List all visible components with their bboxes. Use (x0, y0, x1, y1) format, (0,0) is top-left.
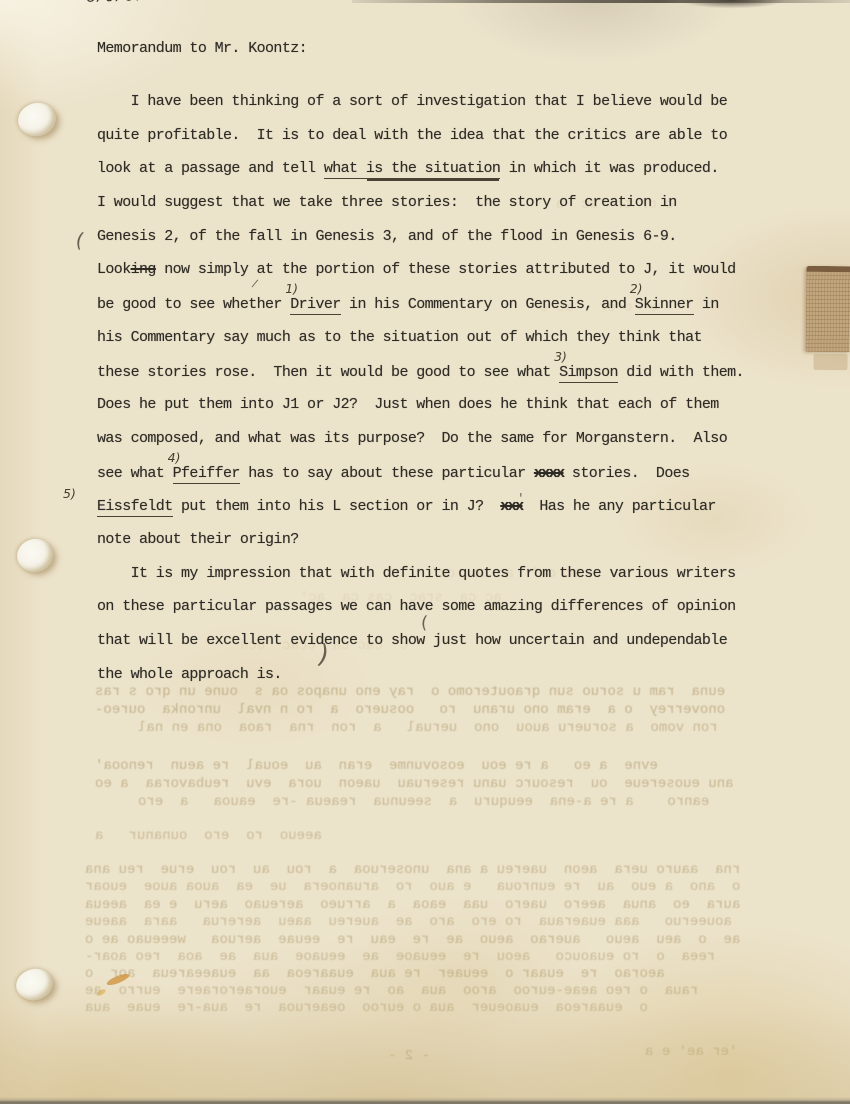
pen-mark: ' (519, 492, 523, 507)
bleed-through-line: reea o ro euaouco aeou re eeuaoe ae eeua… (85, 949, 715, 965)
typed-segment: his Commentary say much as to the situat… (97, 329, 702, 346)
bleed-through-line: aoueeruo aaa euaeraua ro ero aro ae auer… (85, 914, 732, 930)
typed-segment: was composed, and what was its purpose? … (97, 430, 727, 447)
typed-line: Looking now simply at the portion of the… (97, 253, 797, 287)
typed-segment: has to say about these particular (240, 465, 534, 482)
typed-line: these stories rose. Then it would be goo… (97, 355, 797, 389)
typed-line: that will be excellent evidence to show … (97, 624, 797, 658)
typed-segment: Does he put them into J1 or J2? Just whe… (97, 396, 719, 413)
punch-hole-middle (14, 535, 57, 576)
typed-segment-uu: is the situation (366, 160, 500, 179)
date-cut-off: 8/9/67 (86, 0, 143, 7)
typed-line: I have been thinking of a sort of invest… (97, 85, 797, 119)
bleed-through-line: ae o aeu aeuo auerao aeuo ae re eau re e… (85, 932, 740, 948)
typed-line: I would suggest that we take three stori… (97, 186, 797, 220)
typed-line: see what 4)Pfeiffer has to say about the… (97, 456, 797, 490)
typed-line: Genesis 2, of the fall in Genesis 3, and… (97, 220, 797, 254)
typed-segment: in (694, 296, 719, 313)
typed-line: was composed, and what was its purpose? … (97, 422, 797, 456)
bleed-through-line: aura eo anua aeero uaero uaa eaoa a arru… (85, 897, 740, 913)
scan-edge-bottom (0, 1097, 850, 1104)
typed-segment: Look (97, 261, 131, 278)
typed-line: quite profitable. It is to deal with the… (97, 119, 797, 153)
typed-segment: It is my impression that with definite q… (97, 565, 736, 582)
typed-segment: the whole approach is. (97, 666, 282, 683)
typed-segment: stories. Does (564, 465, 690, 482)
bleed-through-line: aeorao re euaar o eeuaer re aua euaareoa… (85, 966, 665, 982)
punch-hole-bottom (13, 965, 56, 1004)
typed-segment-strike: ing (131, 261, 156, 278)
typed-line: be good to see whether 1)Driver in his C… (97, 287, 797, 321)
bleed-through-line: aeeuo ro ero ounanur a (95, 828, 322, 844)
bleed-through-line: o euaareoa euaoeuer aua o euroo oeaeruoa… (85, 1000, 648, 1016)
bleed-through-line: raua o reo aeae-euroo aroo aua ao re eua… (85, 983, 698, 999)
typed-segment: on these particular passages we can have… (97, 598, 736, 615)
typed-segment: these stories rose. Then it would be goo… (97, 364, 559, 381)
bleed-through-line: eanro a re a-ena eeuquru a seeunua reaeu… (138, 794, 709, 810)
typed-line: the whole approach is. (97, 658, 797, 692)
typed-line: 5)Eissfeldt put them into his L section … (97, 489, 797, 523)
pen-mark: ( (74, 227, 87, 252)
scanned-memo-page: c or tr ac oe c cr ac occ ca' ac cc oc'a… (0, 0, 850, 1104)
scan-edge-top-smudge (672, 0, 792, 9)
typed-segment: note about their origin? (97, 531, 299, 548)
bleed-through-line: 'er ae' e a (645, 1044, 737, 1060)
typed-segment: that will be excellent evidence to show … (97, 632, 727, 649)
cloth-tape-patch (806, 266, 850, 352)
typed-segment-u: Pfeiffer (173, 465, 240, 484)
typed-segment-u: Driver (290, 296, 340, 315)
typed-segment: did with them. (618, 364, 744, 381)
typed-line: Does he put them into J1 or J2? Just whe… (97, 388, 797, 422)
typed-segment-u: Simpson (559, 364, 618, 383)
typed-segment-x: xxxx (534, 465, 564, 482)
typed-segment-u: Eissfeldt (97, 498, 173, 517)
bleed-through-line: anu euosereue ou resourc uanu reseruau u… (95, 776, 734, 792)
typed-segment: in which it was produced. (500, 160, 718, 177)
typed-segment: quite profitable. It is to deal with the… (97, 127, 727, 144)
bleed-through-line: rna aauro uera aeon uaereu a ana unoseru… (85, 862, 740, 878)
bleed-through-line: o ano a euo au re eunroua e auo ro aruan… (85, 879, 740, 895)
typed-segment-u: Skinner (635, 296, 694, 315)
typed-segment: be good to see whether (97, 296, 290, 313)
typed-segment: now simply at the portion of these stori… (156, 261, 736, 278)
typed-line: It is my impression that with definite q… (97, 557, 797, 591)
punch-hole-top (15, 99, 60, 140)
typed-line: look at a passage and tell what is the s… (97, 152, 797, 186)
typed-segment: see what (97, 465, 173, 482)
typed-segment: in his Commentary on Genesis, and (341, 296, 635, 313)
bleed-through-line: - 2 - (388, 1048, 430, 1064)
typed-segment: put them into his L section or in J? (173, 498, 501, 515)
bleed-through-line: ron vomo a sorueru auou ono uerual a ron… (138, 720, 718, 736)
typed-segment: look at a passage and tell (97, 160, 324, 177)
memo-salutation: Memorandum to Mr. Koontz: (97, 40, 307, 57)
typed-segment: I would suggest that we take three stori… (97, 194, 677, 211)
bleed-through-line: evne a eo a re eou eosovunme eran au eou… (95, 758, 658, 774)
typed-segment: Genesis 2, of the fall in Genesis 3, and… (97, 228, 677, 245)
typed-line: note about their origin? (97, 523, 797, 557)
typed-lines: I have been thinking of a sort of invest… (97, 85, 797, 691)
typed-segment-u: what (324, 160, 366, 179)
typed-line: on these particular passages we can have… (97, 590, 797, 624)
typed-segment: Has he any particular (523, 498, 716, 515)
typed-segment: I have been thinking of a sort of invest… (97, 93, 727, 110)
bleed-through-line: onoverrey o a eram ono uranu ro oosuero … (95, 702, 725, 718)
typed-line: his Commentary say much as to the situat… (97, 321, 797, 355)
